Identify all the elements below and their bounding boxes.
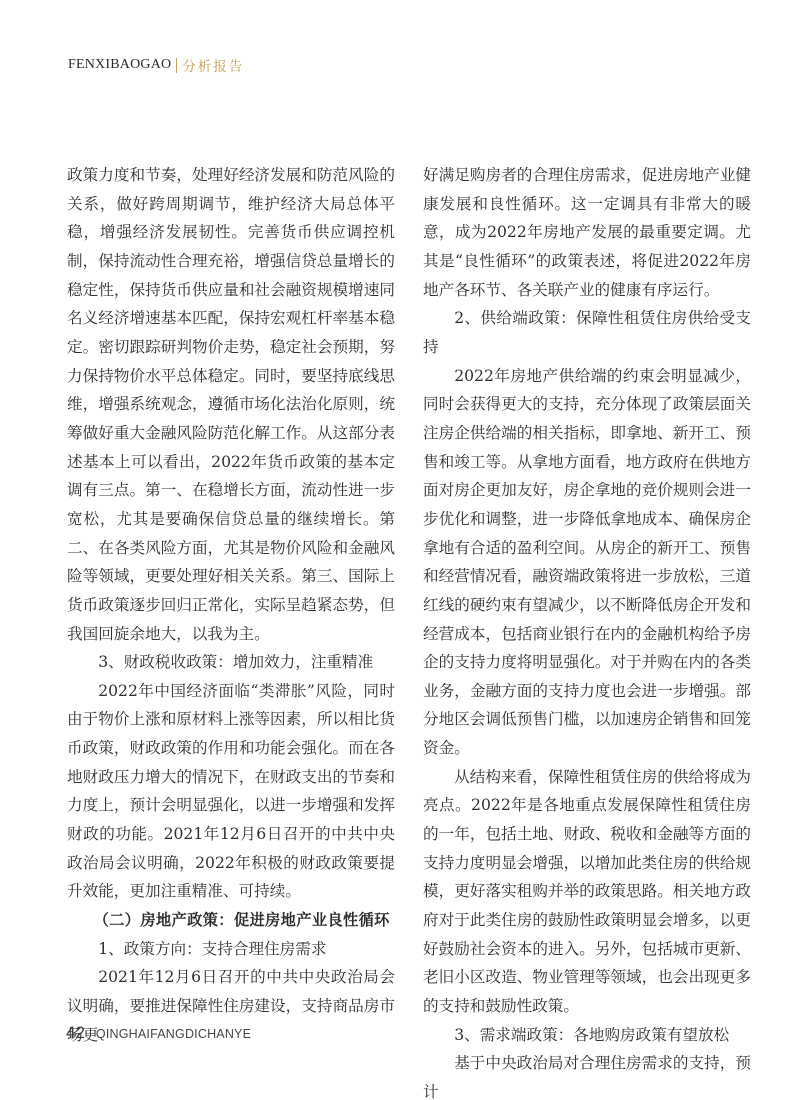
paragraph-fiscal-policy: 2022年中国经济面临“类滞胀”风险，同时由于物价上涨和原材料上涨等因素，所以相… xyxy=(67,677,395,906)
header-section-en: FENXIBAOGAO xyxy=(68,57,171,73)
right-column: 好满足购房者的合理住房需求，促进房地产业健康发展和良性循环。这一定调具有非常大的… xyxy=(423,161,751,1100)
page-number: 42 xyxy=(66,1023,85,1043)
journal-name: QINGHAIFANGDICHANYE xyxy=(96,1027,251,1041)
paragraph-housing-demand: 好满足购房者的合理住房需求，促进房地产业健康发展和良性循环。这一定调具有非常大的… xyxy=(423,161,751,304)
paragraph-supply-side: 2022年房地产供给端的约束会明显减少，同时会获得更大的支持，充分体现了政策层面… xyxy=(423,362,751,763)
subheading-demand-policy: 3、需求端政策：各地购房政策有望放松 xyxy=(423,1021,751,1050)
paragraph-rental-housing: 从结构来看，保障性租赁住房的供给将成为亮点。2022年是各地重点发展保障性租赁住… xyxy=(423,763,751,1021)
running-header: FENXIBAOGAO 分析报告 xyxy=(68,54,244,76)
paragraph-demand-side: 基于中央政治局对合理住房需求的支持，预计 xyxy=(423,1049,751,1100)
header-section-cn: 分析报告 xyxy=(182,55,244,75)
subheading-supply-policy: 2、供给端政策：保障性租赁住房供给受支持 xyxy=(423,304,751,361)
subheading-fiscal-policy: 3、财政税收政策：增加效力，注重精准 xyxy=(67,648,395,677)
subheading-policy-direction: 1、政策方向：支持合理住房需求 xyxy=(67,935,395,964)
header-divider xyxy=(176,58,177,73)
left-column: 政策力度和节奏，处理好经济发展和防范风险的关系，做好跨周期调节，维护经济大局总体… xyxy=(67,161,395,1049)
section-heading-real-estate-policy: （二）房地产政策：促进房地产业良性循环 xyxy=(67,906,395,935)
paragraph-monetary-policy: 政策力度和节奏，处理好经济发展和防范风险的关系，做好跨周期调节，维护经济大局总体… xyxy=(67,161,395,648)
page-footer: 42 QINGHAIFANGDICHANYE xyxy=(66,1023,251,1043)
